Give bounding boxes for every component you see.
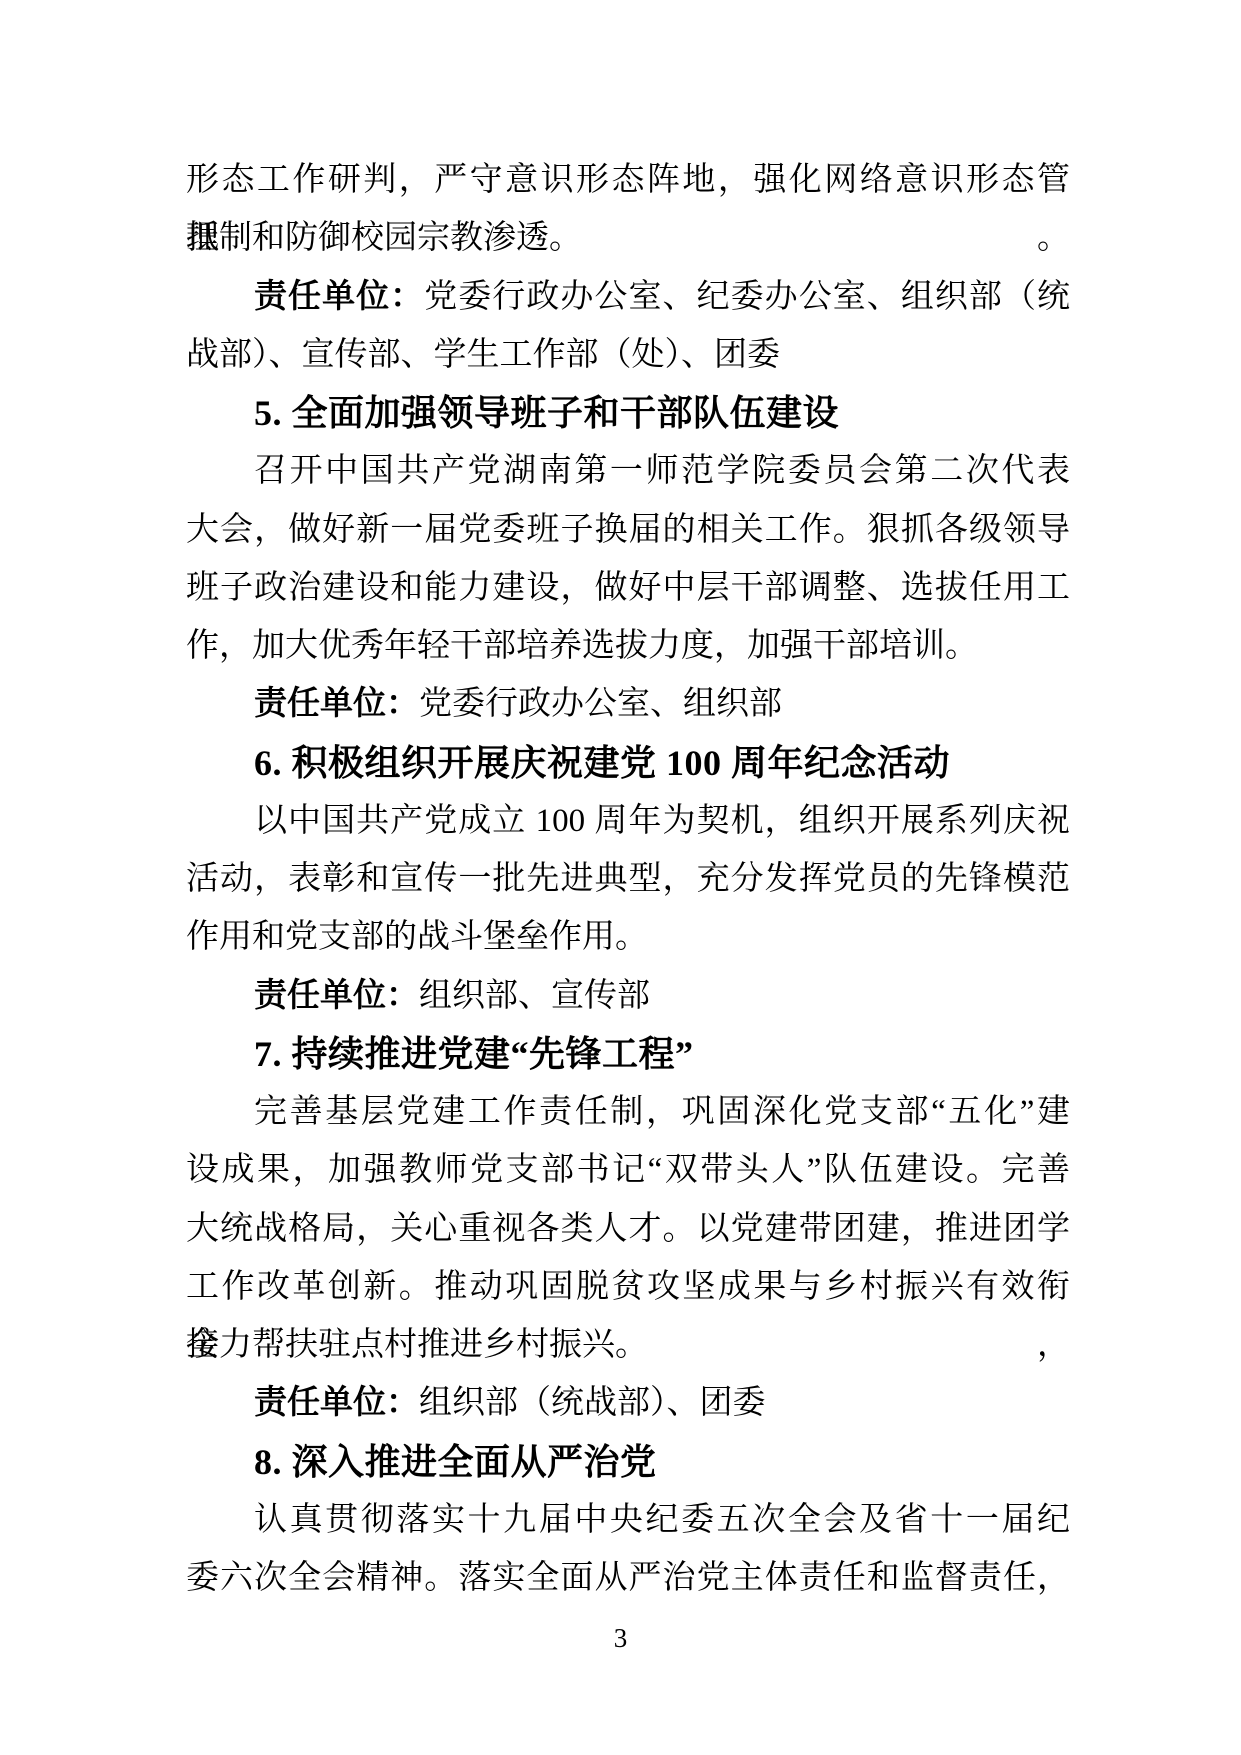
body-line: 设成果，加强教师党支部书记“双带头人”队伍建设。完善 — [186, 1141, 1070, 1199]
duty-unit-label: 责任单位： — [254, 279, 424, 315]
duty-unit-text: 党委行政办公室、组织部 — [419, 686, 782, 722]
body-line: 召开中国共产党湖南第一师范学院委员会第二次代表 — [186, 442, 1070, 500]
body-line: 认真贯彻落实十九届中央纪委五次全会及省十一届纪 — [186, 1491, 1070, 1549]
body-line: 以中国共产党成立 100 周年为契机，组织开展系列庆祝 — [186, 792, 1070, 850]
body-line: 作，加大优秀年轻干部培养选拔力度，加强干部培训。 — [186, 617, 1070, 675]
duty-unit-line: 责任单位：组织部（统战部）、团委 — [186, 1374, 1070, 1432]
body-line: 委六次全会精神。落实全面从严治党主体责任和监督责任， — [186, 1549, 1070, 1607]
duty-unit-line: 责任单位：组织部、宣传部 — [186, 967, 1070, 1025]
duty-unit-line: 责任单位：党委行政办公室、纪委办公室、组织部（统 — [186, 268, 1070, 326]
duty-unit-line-wrap: 战部）、宣传部、学生工作部（处）、团委 — [186, 326, 1070, 384]
section-heading-8: 8. 深入推进全面从严治党 — [186, 1433, 1070, 1491]
duty-unit-label: 责任单位： — [254, 1385, 419, 1421]
section-heading-5: 5. 全面加强领导班子和干部队伍建设 — [186, 384, 1070, 442]
duty-unit-text: 党委行政办公室、纪委办公室、组织部（统 — [424, 279, 1070, 315]
body-line: 完善基层党建工作责任制，巩固深化党支部“五化”建 — [186, 1083, 1070, 1141]
body-line: 大统战格局，关心重视各类人才。以党建带团建，推进团学 — [186, 1200, 1070, 1258]
duty-unit-text: 组织部、宣传部 — [419, 978, 650, 1014]
body-line: 班子政治建设和能力建设，做好中层干部调整、选拔任用工 — [186, 559, 1070, 617]
body-line: 大会，做好新一届党委班子换届的相关工作。狠抓各级领导 — [186, 501, 1070, 559]
duty-unit-text: 组织部（统战部）、团委 — [419, 1385, 766, 1421]
page-number: 3 — [0, 1620, 1241, 1656]
body-line: 工作改革创新。推动巩固脱贫攻坚成果与乡村振兴有效衔接， — [186, 1258, 1070, 1316]
document-page-content: 形态工作研判，严守意识形态阵地，强化网络意识形态管理。 抵制和防御校园宗教渗透。… — [186, 151, 1070, 1607]
duty-unit-label: 责任单位： — [254, 978, 419, 1014]
duty-unit-label: 责任单位： — [254, 686, 419, 722]
section-heading-7: 7. 持续推进党建“先锋工程” — [186, 1025, 1070, 1083]
body-line: 作用和党支部的战斗堡垒作用。 — [186, 908, 1070, 966]
duty-unit-line: 责任单位：党委行政办公室、组织部 — [186, 675, 1070, 733]
section-heading-6: 6. 积极组织开展庆祝建党 100 周年纪念活动 — [186, 734, 1070, 792]
body-line: 形态工作研判，严守意识形态阵地，强化网络意识形态管理。 — [186, 151, 1070, 209]
body-line: 活动，表彰和宣传一批先进典型，充分发挥党员的先锋模范 — [186, 850, 1070, 908]
